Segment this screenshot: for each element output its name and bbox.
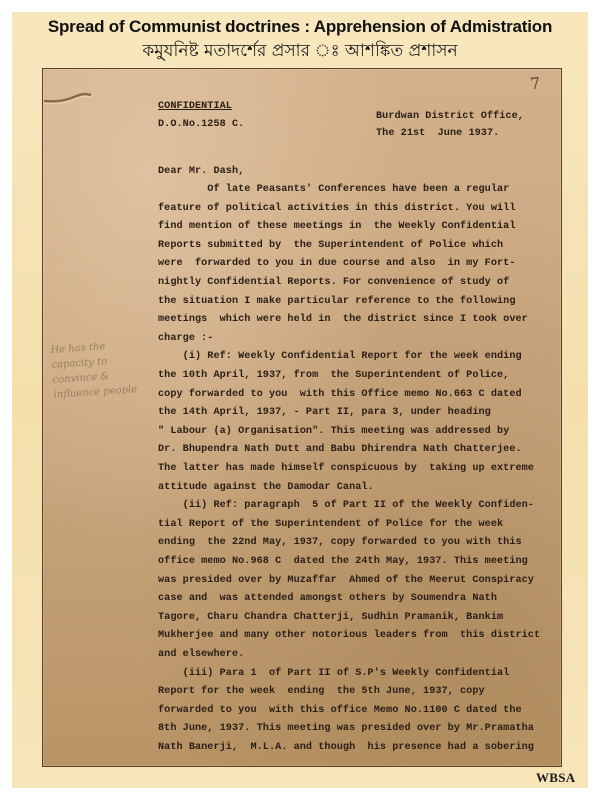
letter-line: copy forwarded to you with this Office m… (158, 389, 522, 400)
letter-line: (iii) Para 1 of Part II of S.P's Weekly … (158, 668, 509, 679)
letter-line: attitude against the Damodar Canal. (158, 482, 374, 493)
letter-line: the 10th April, 1937, from the Superinte… (158, 370, 509, 381)
letter-line: and elsewhere. (158, 649, 244, 660)
letter-line: tial Report of the Superintendent of Pol… (158, 519, 503, 530)
letter-line: find mention of these meetings in the We… (158, 221, 515, 232)
classification-label: CONFIDENTIAL (158, 101, 232, 112)
letter-line: The latter has made himself conspicuous … (158, 463, 534, 474)
letter-line: ending the 22nd May, 1937, copy forwarde… (158, 537, 522, 548)
handwritten-margin-note: He has the capacity to convince & influe… (50, 337, 138, 403)
letter-line: the 14th April, 1937, - Part II, para 3,… (158, 407, 491, 418)
reference-number: D.O.No.1258 C. (158, 119, 244, 130)
letter-line: case and was attended amongst others by … (158, 593, 497, 604)
letter-line: the situation I make particular referenc… (158, 296, 515, 307)
salutation: Dear Mr. Dash, (158, 166, 244, 177)
letter-line: Nath Banerji, M.L.A. and though his pres… (158, 742, 534, 753)
letter-line: Reports submitted by the Superintendent … (158, 240, 503, 251)
letter-line: Of late Peasants' Conferences have been … (158, 184, 509, 195)
letter-line: Dr. Bhupendra Nath Dutt and Babu Dhirend… (158, 444, 522, 455)
binding-string-icon (44, 92, 92, 106)
letter-line: 8th June, 1937. This meeting was preside… (158, 723, 534, 734)
letter-line: nightly Confidential Reports. For conven… (158, 277, 509, 288)
archive-watermark: WBSA (536, 770, 576, 786)
letter-line: office memo No.968 C dated the 24th May,… (158, 556, 528, 567)
letter-line: Report for the week ending the 5th June,… (158, 686, 485, 697)
letter-line: feature of political activities in this … (158, 203, 515, 214)
page-number: 7 (529, 74, 541, 94)
letter-line: (i) Ref: Weekly Confidential Report for … (158, 351, 522, 362)
letter-line: (ii) Ref: paragraph 5 of Part II of the … (158, 500, 534, 511)
letter-date: The 21st June 1937. (376, 128, 499, 139)
letter-line: was presided over by Muzaffar Ahmed of t… (158, 575, 534, 586)
page-title-bengali: কমু্যনিষ্ট মতাদর্শের প্রসার ঃ আশঙ্কিত প্… (0, 38, 600, 66)
letter-line: forwarded to you with this office Memo N… (158, 705, 522, 716)
letter-line: Mukherjee and many other notorious leade… (158, 630, 540, 641)
letter-line: were forwarded to you in due course and … (158, 258, 515, 269)
letter-line: charge :- (158, 333, 213, 344)
letter-line: " Labour (a) Organisation". This meeting… (158, 426, 509, 437)
office-address: Burdwan District Office, (376, 111, 524, 122)
page-title-english: Spread of Communist doctrines : Apprehen… (0, 17, 600, 37)
letter-line: meetings which were held in the district… (158, 314, 528, 325)
letter-line: Tagore, Charu Chandra Chatterji, Sudhin … (158, 612, 503, 623)
